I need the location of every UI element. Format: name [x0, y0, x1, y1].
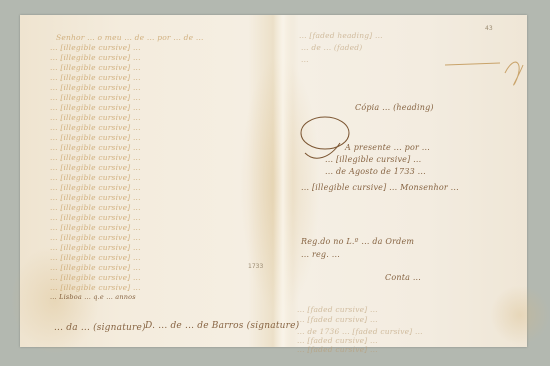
text-line: ... [illegible cursive] ...: [50, 153, 141, 162]
text-line: ... [illegible cursive] ...: [50, 123, 141, 132]
header-line: ...: [301, 55, 309, 64]
text-line: ... [illegible cursive] ...: [50, 83, 141, 92]
page-number: 43: [485, 25, 493, 32]
header-line: ... de ... (faded): [301, 43, 362, 52]
registry-line: Reg.do no L.º ... da Ordem: [301, 237, 414, 246]
text-line: ... [illegible cursive] ...: [50, 163, 141, 172]
document-title: Cópia ... (heading): [355, 103, 434, 112]
photo-background: Senhor ... o meu ... de ... por ... de .…: [0, 0, 550, 366]
text-line: ... [illegible cursive] ...: [50, 213, 141, 222]
text-line: ... [illegible cursive] ...: [325, 155, 421, 164]
signature: D. ... de ... de Barros (signature): [145, 321, 299, 331]
rubric-flourish-icon: [445, 43, 525, 93]
header-line: ... [faded heading] ...: [299, 31, 383, 40]
footer-line: ... [faded cursive] ...: [297, 336, 378, 345]
text-line: ... [illegible cursive] ...: [50, 273, 141, 282]
text-line: ... de Agosto de 1733 ...: [325, 167, 426, 176]
registry-note: Conta ...: [385, 273, 421, 282]
right-page: ... [faded heading] ... ... de ... (fade…: [295, 25, 520, 340]
text-line: ... [illegible cursive] ...: [50, 183, 141, 192]
text-line: ... [illegible cursive] ...: [50, 93, 141, 102]
text-line: ... [illegible cursive] ...: [50, 253, 141, 262]
left-page: Senhor ... o meu ... de ... por ... de .…: [50, 25, 265, 340]
text-line: ... [illegible cursive] ...: [50, 193, 141, 202]
text-line: ... [illegible cursive] ... Monsenhor ..…: [301, 183, 459, 192]
text-line: ... [illegible cursive] ...: [50, 113, 141, 122]
text-line: ... [illegible cursive] ...: [50, 133, 141, 142]
text-line: ... [illegible cursive] ...: [50, 243, 141, 252]
text-line: ... [illegible cursive] ...: [50, 233, 141, 242]
text-line: ... [illegible cursive] ...: [50, 143, 141, 152]
text-line: ... [illegible cursive] ...: [50, 283, 141, 292]
footer-line: ... de 1736 ... [faded cursive] ...: [297, 327, 423, 336]
signature: ... da ... (signature): [54, 323, 146, 333]
closing-line: ... Lisboa ... q.e ... annos: [50, 293, 136, 301]
text-line: A presente ... por ...: [345, 143, 430, 152]
registry-line: ... reg. ...: [301, 250, 340, 259]
text-line: ... [illegible cursive] ...: [50, 103, 141, 112]
text-line: Senhor ... o meu ... de ... por ... de .…: [56, 33, 204, 42]
text-line: ... [illegible cursive] ...: [50, 263, 141, 272]
text-line: ... [illegible cursive] ...: [50, 223, 141, 232]
text-line: ... [illegible cursive] ...: [50, 43, 141, 52]
center-fold: [273, 15, 293, 347]
text-line: ... [illegible cursive] ...: [50, 73, 141, 82]
manuscript-sheet: Senhor ... o meu ... de ... por ... de .…: [20, 15, 527, 347]
footer-line: ... [faded cursive] ...: [297, 345, 378, 354]
margin-note: 1733: [248, 263, 263, 270]
text-line: ... [illegible cursive] ...: [50, 203, 141, 212]
text-line: ... [illegible cursive] ...: [50, 53, 141, 62]
footer-line: ... [faded cursive] ...: [297, 315, 378, 324]
text-line: ... [illegible cursive] ...: [50, 173, 141, 182]
footer-line: ... [faded cursive] ...: [297, 305, 378, 314]
text-line: ... [illegible cursive] ...: [50, 63, 141, 72]
